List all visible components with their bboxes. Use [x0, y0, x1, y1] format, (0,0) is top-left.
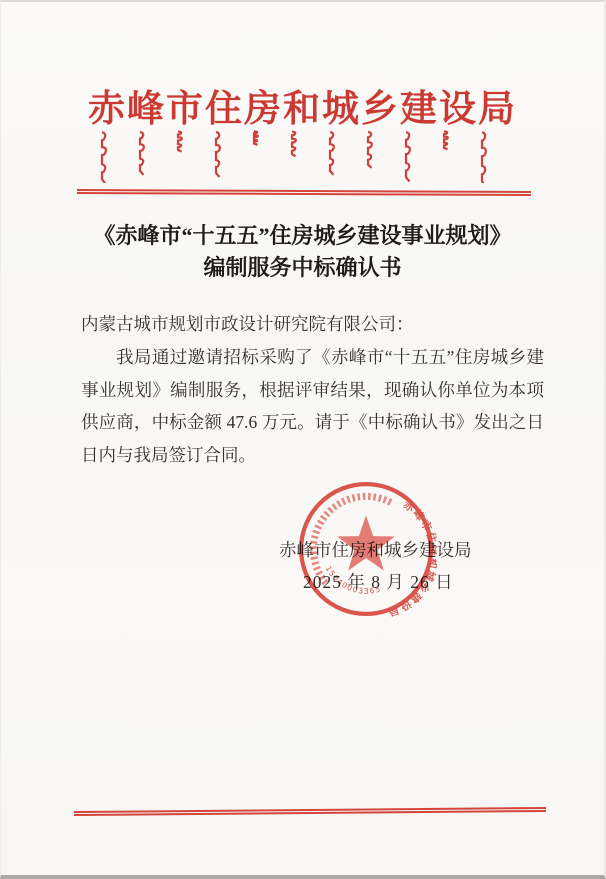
salutation: 内蒙古城市规划市政设计研究院有限公司： — [81, 308, 544, 341]
mongolian-script-decoration — [95, 129, 515, 183]
document-title: 《赤峰市“十五五”住房城乡建设事业规划》 编制服务中标确认书 — [1, 220, 604, 284]
body-line: 事业规划》编制服务，根据评审结果，现确认你单位为本项目的 — [81, 374, 544, 407]
star-icon — [337, 516, 395, 571]
body-line: 供应商，中标金额 47.6 万元。请于《中标确认书》发出之日十 — [81, 406, 544, 439]
seal-serial-number: 15040003365 — [324, 564, 383, 595]
svg-text:15040003365: 15040003365 — [324, 564, 383, 595]
footer-rule — [74, 807, 546, 816]
seal-inscription: 赤峰市住房和城乡建设局 — [385, 498, 437, 619]
svg-text:赤峰市住房和城乡建设局: 赤峰市住房和城乡建设局 — [385, 498, 437, 619]
body-line: 日内与我局签订合同。 — [81, 439, 544, 472]
header-divider-rule — [77, 189, 531, 196]
letterhead-agency-name: 赤峰市住房和城乡建设局 — [1, 78, 604, 132]
document-title-line2: 编制服务中标确认书 — [1, 252, 604, 284]
scanned-document-page: 赤峰市住房和城乡建设局 《赤峰市“十五五”住房城乡建设事业规划》 编制服务中标确… — [0, 0, 606, 879]
official-seal: 赤峰市住房和城乡建设局 15040003365 — [295, 478, 437, 620]
document-title-line1: 《赤峰市“十五五”住房城乡建设事业规划》 — [1, 220, 604, 252]
letter-body: 内蒙古城市规划市政设计研究院有限公司： 我局通过邀请招标采购了《赤峰市“十五五”… — [81, 308, 544, 472]
body-line: 我局通过邀请招标采购了《赤峰市“十五五”住房城乡建设 — [81, 341, 544, 374]
